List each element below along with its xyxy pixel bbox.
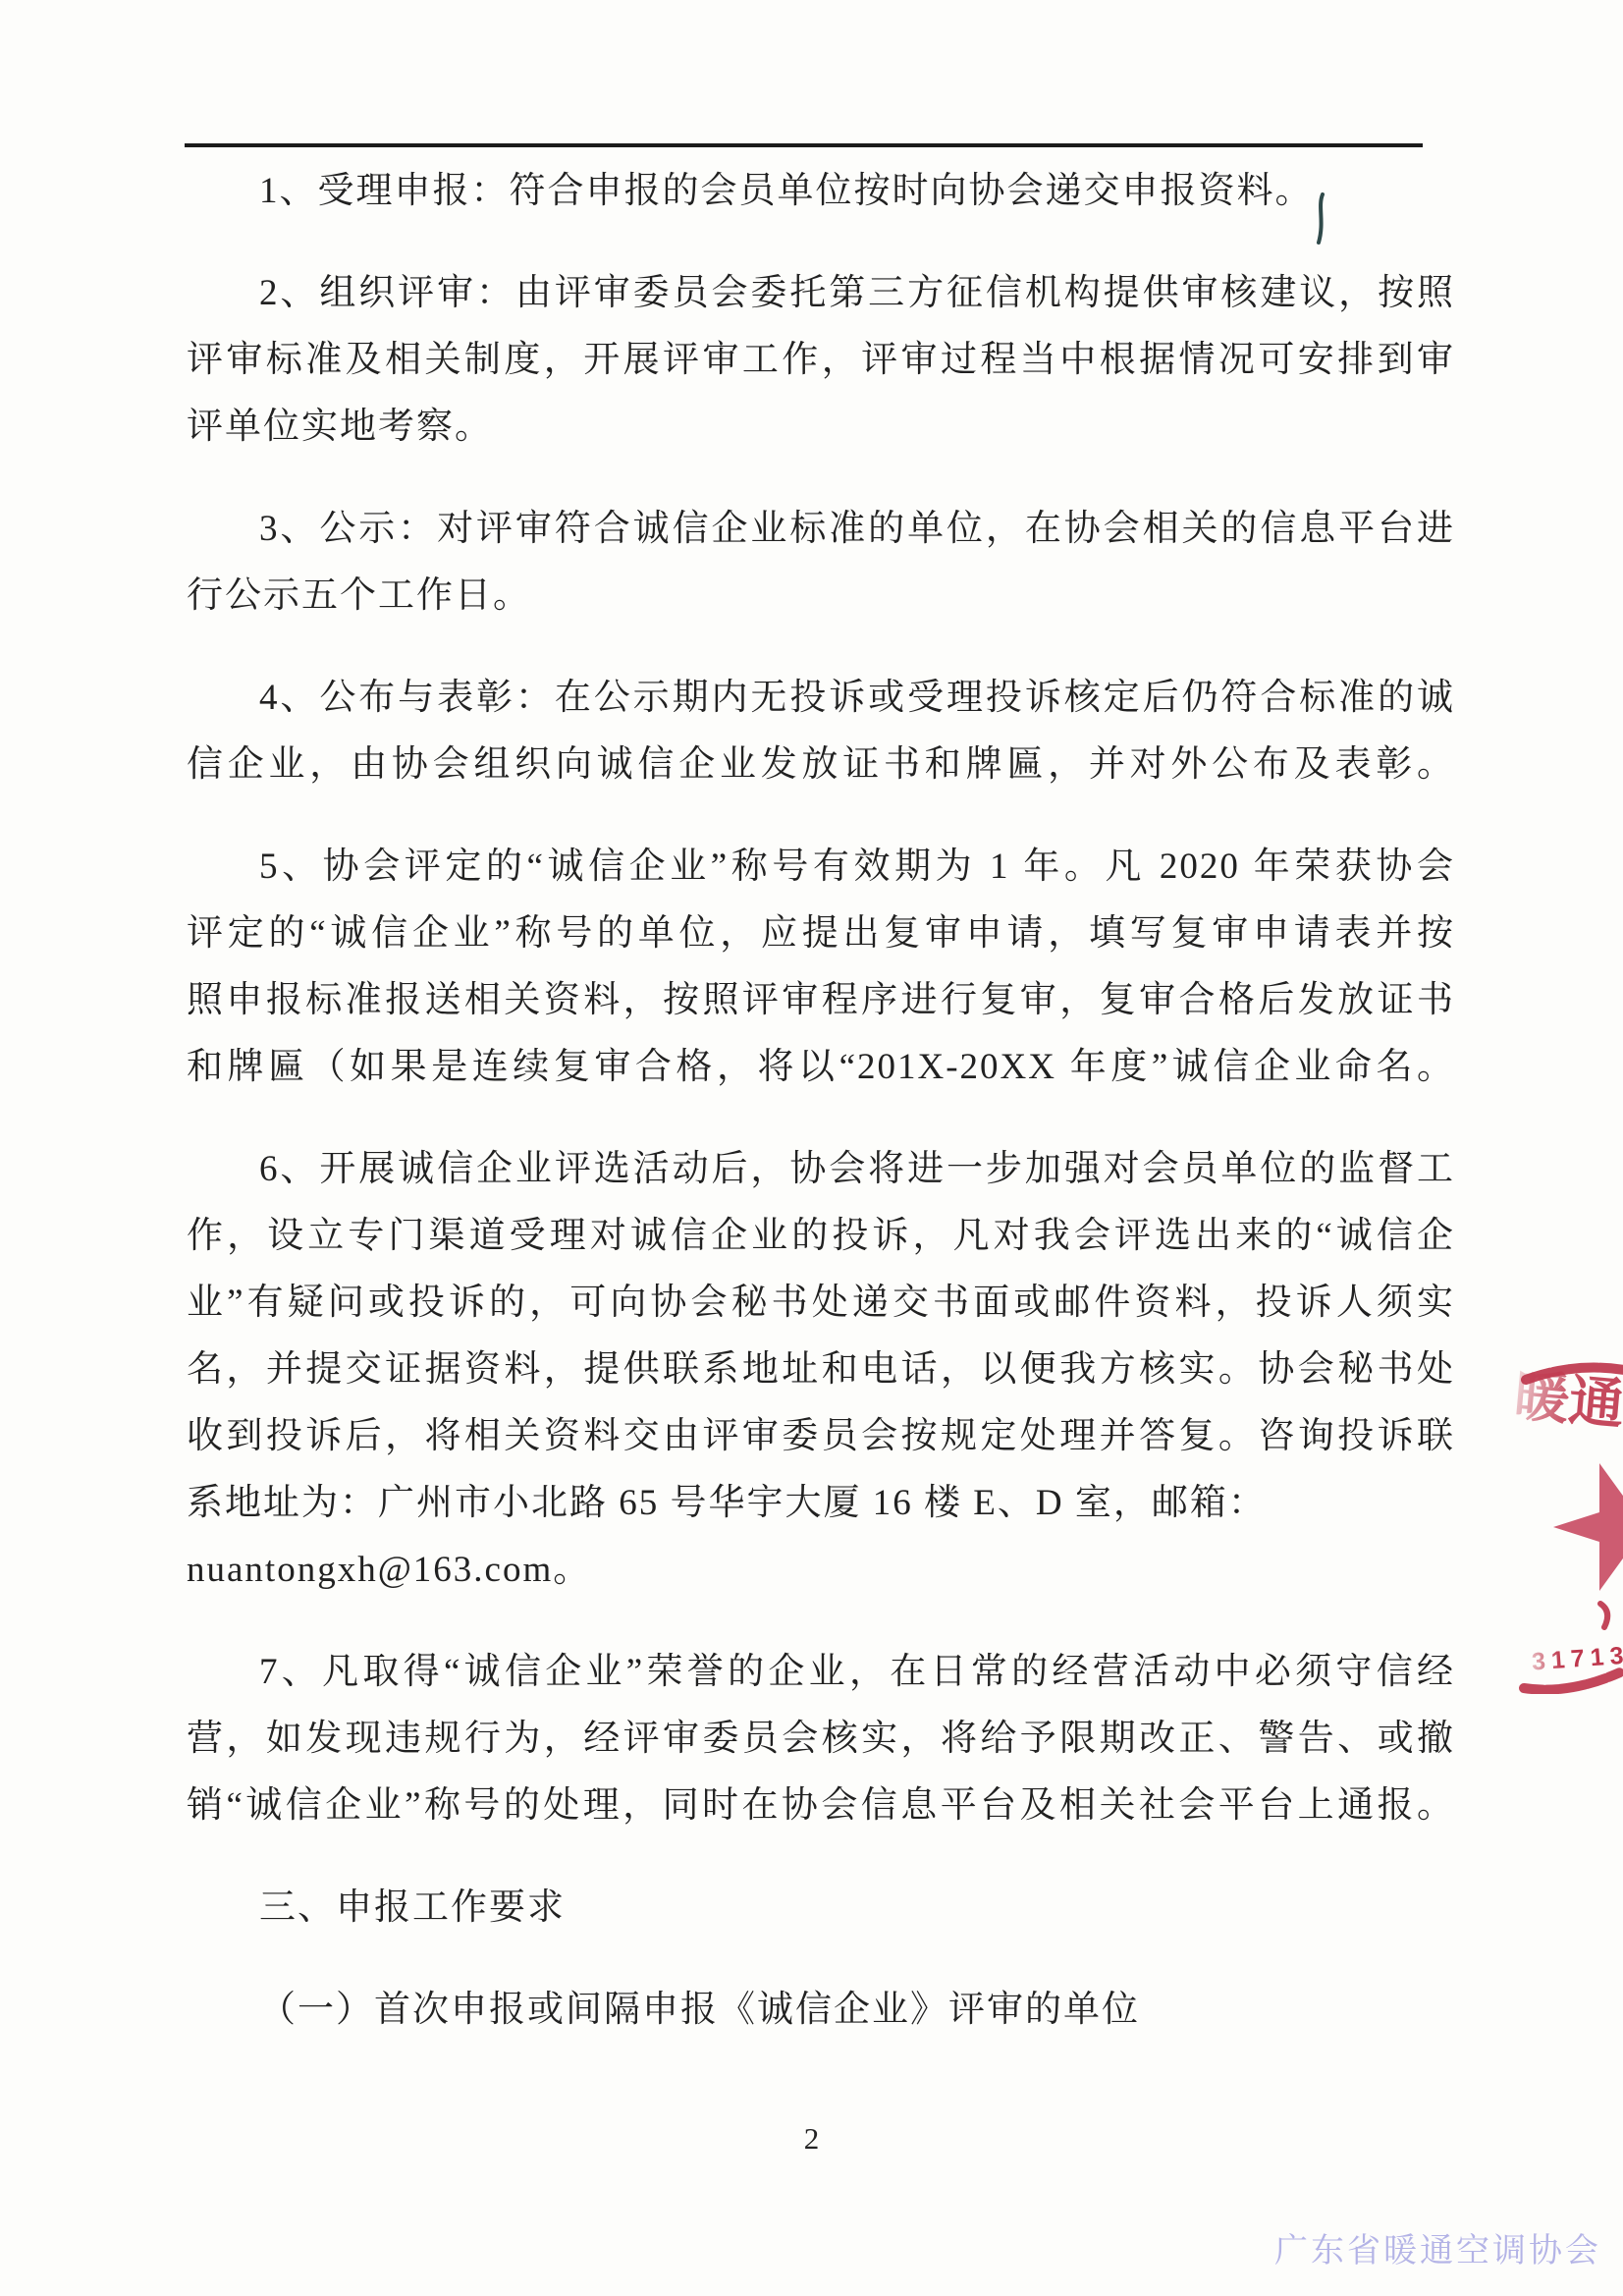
text-line: 5、协会评定的“诚信企业”称号有效期为 1 年。凡 2020 年荣获协会 [187,834,1455,901]
text-line: 销“诚信企业”称号的处理，同时在协会信息平台及相关社会平台上通报。 [187,1773,1455,1839]
text-line: 评审标准及相关制度，开展评审工作，评审过程当中根据情况可安排到审 [187,327,1455,394]
email-line: nuantongxh@163.com。 [187,1537,1455,1604]
sub-heading-line: （一）首次申报或间隔申报《诚信企业》评审的单位 [187,1977,1455,2044]
red-seal-stamp: 暖通 31713 [1510,1350,1623,1694]
text-line: 作，设立专门渠道受理对诚信企业的投诉，凡对我会评选出来的“诚信企 [187,1203,1455,1270]
text-line: 名，并提交证据资料，提供联系地址和电话，以便我方核实。协会秘书处 [187,1337,1455,1403]
text-line: 业”有疑问或投诉的，可向协会秘书处递交书面或邮件资料，投诉人须实 [187,1270,1455,1337]
text-line: 2、组织评审：由评审委员会委托第三方征信机构提供审核建议，按照 [187,260,1455,327]
text-line: 系地址为：广州市小北路 65 号华宇大厦 16 楼 E、D 室，邮箱： [187,1470,1455,1537]
text-line: 6、开展诚信企业评选活动后，协会将进一步加强对会员单位的监督工 [187,1136,1455,1203]
paragraph: 6、开展诚信企业评选活动后，协会将进一步加强对会员单位的监督工 作，设立专门渠道… [187,1136,1455,1604]
text-line: 3、公示：对评审符合诚信企业标准的单位，在协会相关的信息平台进 [187,496,1455,563]
paragraph: 5、协会评定的“诚信企业”称号有效期为 1 年。凡 2020 年荣获协会 评定的… [187,834,1455,1101]
seal-bottom-arc [1524,1672,1620,1690]
text-line: 1、受理申报：符合申报的会员单位按时向协会递交申报资料。 [187,158,1455,225]
body-text: 1、受理申报：符合申报的会员单位按时向协会递交申报资料。 2、组织评审：由评审委… [187,158,1455,2044]
text-line: 信企业，由协会组织向诚信企业发放证书和牌匾，并对外公布及表彰。 [187,732,1455,798]
text-line: 评单位实地考察。 [187,394,1455,461]
text-line: 7、凡取得“诚信企业”荣誉的企业，在日常的经营活动中必须守信经 [187,1639,1455,1706]
text-line: 行公示五个工作日。 [187,563,1455,629]
text-line: 和牌匾（如果是连续复审合格，将以“201X-20XX 年度”诚信企业命名。 [187,1034,1455,1101]
association-watermark: 广东省暖通空调协会 [1274,2223,1601,2271]
text-line: 收到投诉后，将相关资料交由评审委员会按规定处理并答复。咨询投诉联 [187,1403,1455,1470]
paragraph: 2、组织评审：由评审委员会委托第三方征信机构提供审核建议，按照 评审标准及相关制… [187,260,1455,461]
seal-digits: 31713 [1531,1642,1623,1677]
header-rule [185,143,1423,147]
seal-top-arc [1526,1368,1623,1380]
text-line: 4、公布与表彰：在公示期内无投诉或受理投诉核定后仍符合标准的诚 [187,665,1455,732]
paragraph: 3、公示：对评审符合诚信企业标准的单位，在协会相关的信息平台进 行公示五个工作日… [187,496,1455,629]
document-page: 1、受理申报：符合申报的会员单位按时向协会递交申报资料。 2、组织评审：由评审委… [0,0,1623,2296]
page-number: 2 [0,2121,1623,2157]
star-icon [1553,1463,1623,1591]
seal-characters: 暖通 [1512,1367,1623,1436]
heading-line: 三、申报工作要求 [187,1875,1455,1941]
paragraph: 4、公布与表彰：在公示期内无投诉或受理投诉核定后仍符合标准的诚 信企业，由协会组… [187,665,1455,798]
text-line: 照申报标准报送相关资料，按照评审程序进行复审，复审合格后发放证书 [187,967,1455,1034]
section-heading: 三、申报工作要求 [187,1875,1455,1941]
text-line: 营，如发现违规行为，经评审委员会核实，将给予限期改正、警告、或撤 [187,1706,1455,1773]
seal-tick-mark [1600,1604,1607,1627]
paragraph: 1、受理申报：符合申报的会员单位按时向协会递交申报资料。 [187,158,1455,225]
paragraph: 7、凡取得“诚信企业”荣誉的企业，在日常的经营活动中必须守信经 营，如发现违规行… [187,1639,1455,1839]
text-line: 评定的“诚信企业”称号的单位，应提出复审申请，填写复审申请表并按 [187,901,1455,967]
sub-heading: （一）首次申报或间隔申报《诚信企业》评审的单位 [187,1977,1455,2044]
